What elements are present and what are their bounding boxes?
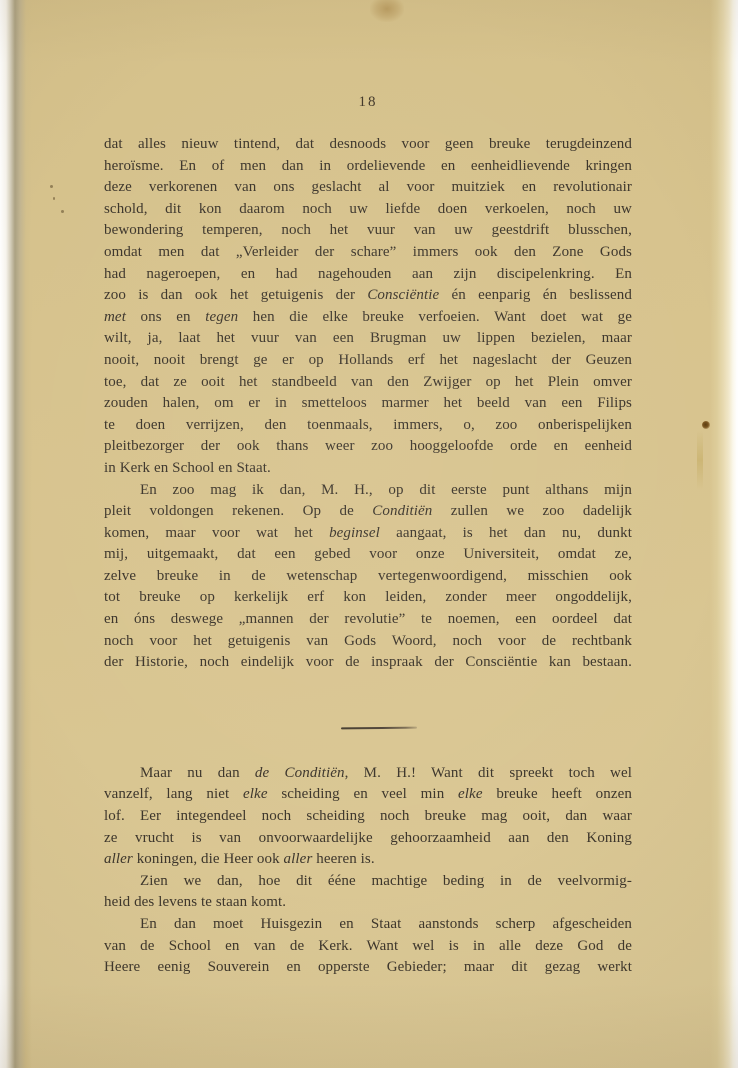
section-divider: [341, 727, 417, 730]
text-line: zoo is dan ook het getuigenis der Consci…: [104, 285, 632, 307]
text-line: der Historie, noch eindelijk voor de ins…: [104, 652, 632, 674]
text-line: En dan moet Huisgezin en Staat aanstonds…: [104, 914, 632, 936]
text-line: heroïsme. En of men dan in ordelievende …: [104, 156, 632, 178]
page-left-edge: [0, 0, 32, 1068]
page-text: dat alles nieuw tintend, dat desnoods vo…: [104, 134, 632, 979]
text-line: mij, uitgemaakt, dat een gebed voor onze…: [104, 544, 632, 566]
text-line: en óns deswege „mannen der revolutie” te…: [104, 609, 632, 631]
text-line: Maar nu dan de Conditiën, M. H.! Want di…: [104, 763, 632, 785]
text-line: noch voor het getuigenis van Gods Woord,…: [104, 631, 632, 653]
text-line: omdat men dat „Verleider der schare” imm…: [104, 242, 632, 264]
text-line: ze vrucht is van onvoorwaardelijke gehoo…: [104, 828, 632, 850]
text-line: heid des levens te staan komt.: [104, 892, 632, 914]
page-right-edge: [710, 0, 738, 1068]
paper-speck: [61, 210, 64, 213]
top-smudge-stain: [370, 0, 404, 22]
text-line: En zoo mag ik dan, M. H., op dit eerste …: [104, 480, 632, 502]
text-line: zouden halen, om er in smetteloos marmer…: [104, 393, 632, 415]
text-line: komen, maar voor wat het beginsel aangaa…: [104, 523, 632, 545]
text-line: met ons en tegen hen die elke breuke ver…: [104, 307, 632, 329]
text-line: deze verkorenen van ons geslacht al voor…: [104, 177, 632, 199]
text-line: aller koningen, die Heer ook aller heere…: [104, 849, 632, 871]
page-number: 18: [104, 94, 632, 111]
right-margin-ink-dot: [702, 421, 710, 429]
text-line: bewondering temperen, noch het vuur van …: [104, 220, 632, 242]
text-line: schold, dit kon daarom noch uw liefde do…: [104, 199, 632, 221]
paper-speck: [53, 197, 55, 200]
text-line: pleitbezorger der ook thans weer zoo hoo…: [104, 436, 632, 458]
text-line: wilt, ja, laat het vuur van een Brugman …: [104, 328, 632, 350]
text-line: dat alles nieuw tintend, dat desnoods vo…: [104, 134, 632, 156]
text-line: tot breuke op kerkelijk erf kon leiden, …: [104, 587, 632, 609]
text-line: Heere eenig Souverein en opperste Gebied…: [104, 957, 632, 979]
text-line: in Kerk en School en Staat.: [104, 458, 632, 480]
text-line: nooit, nooit brengt ge er op Hollands er…: [104, 350, 632, 372]
text-line: lof. Eer integendeel noch scheiding noch…: [104, 806, 632, 828]
text-line: te doen verrijzen, den toenmaals, immers…: [104, 415, 632, 437]
right-margin-streak: [697, 430, 703, 490]
text-line: pleit voldongen rekenen. Op de Conditiën…: [104, 501, 632, 523]
paper-speck: [50, 185, 53, 188]
text-line: toe, dat ze ooit het standbeeld van den …: [104, 372, 632, 394]
text-line: had nageroepen, en had nagehouden aan zi…: [104, 264, 632, 286]
text-line: Zien we dan, hoe dit ééne machtige bedin…: [104, 871, 632, 893]
text-line: zelve breuke in de wetenschap vertegenwo…: [104, 566, 632, 588]
scanned-page: 18 dat alles nieuw tintend, dat desnoods…: [0, 0, 738, 1068]
text-line: vanzelf, lang niet elke scheiding en vee…: [104, 784, 632, 806]
text-line: van de School en van de Kerk. Want wel i…: [104, 936, 632, 958]
